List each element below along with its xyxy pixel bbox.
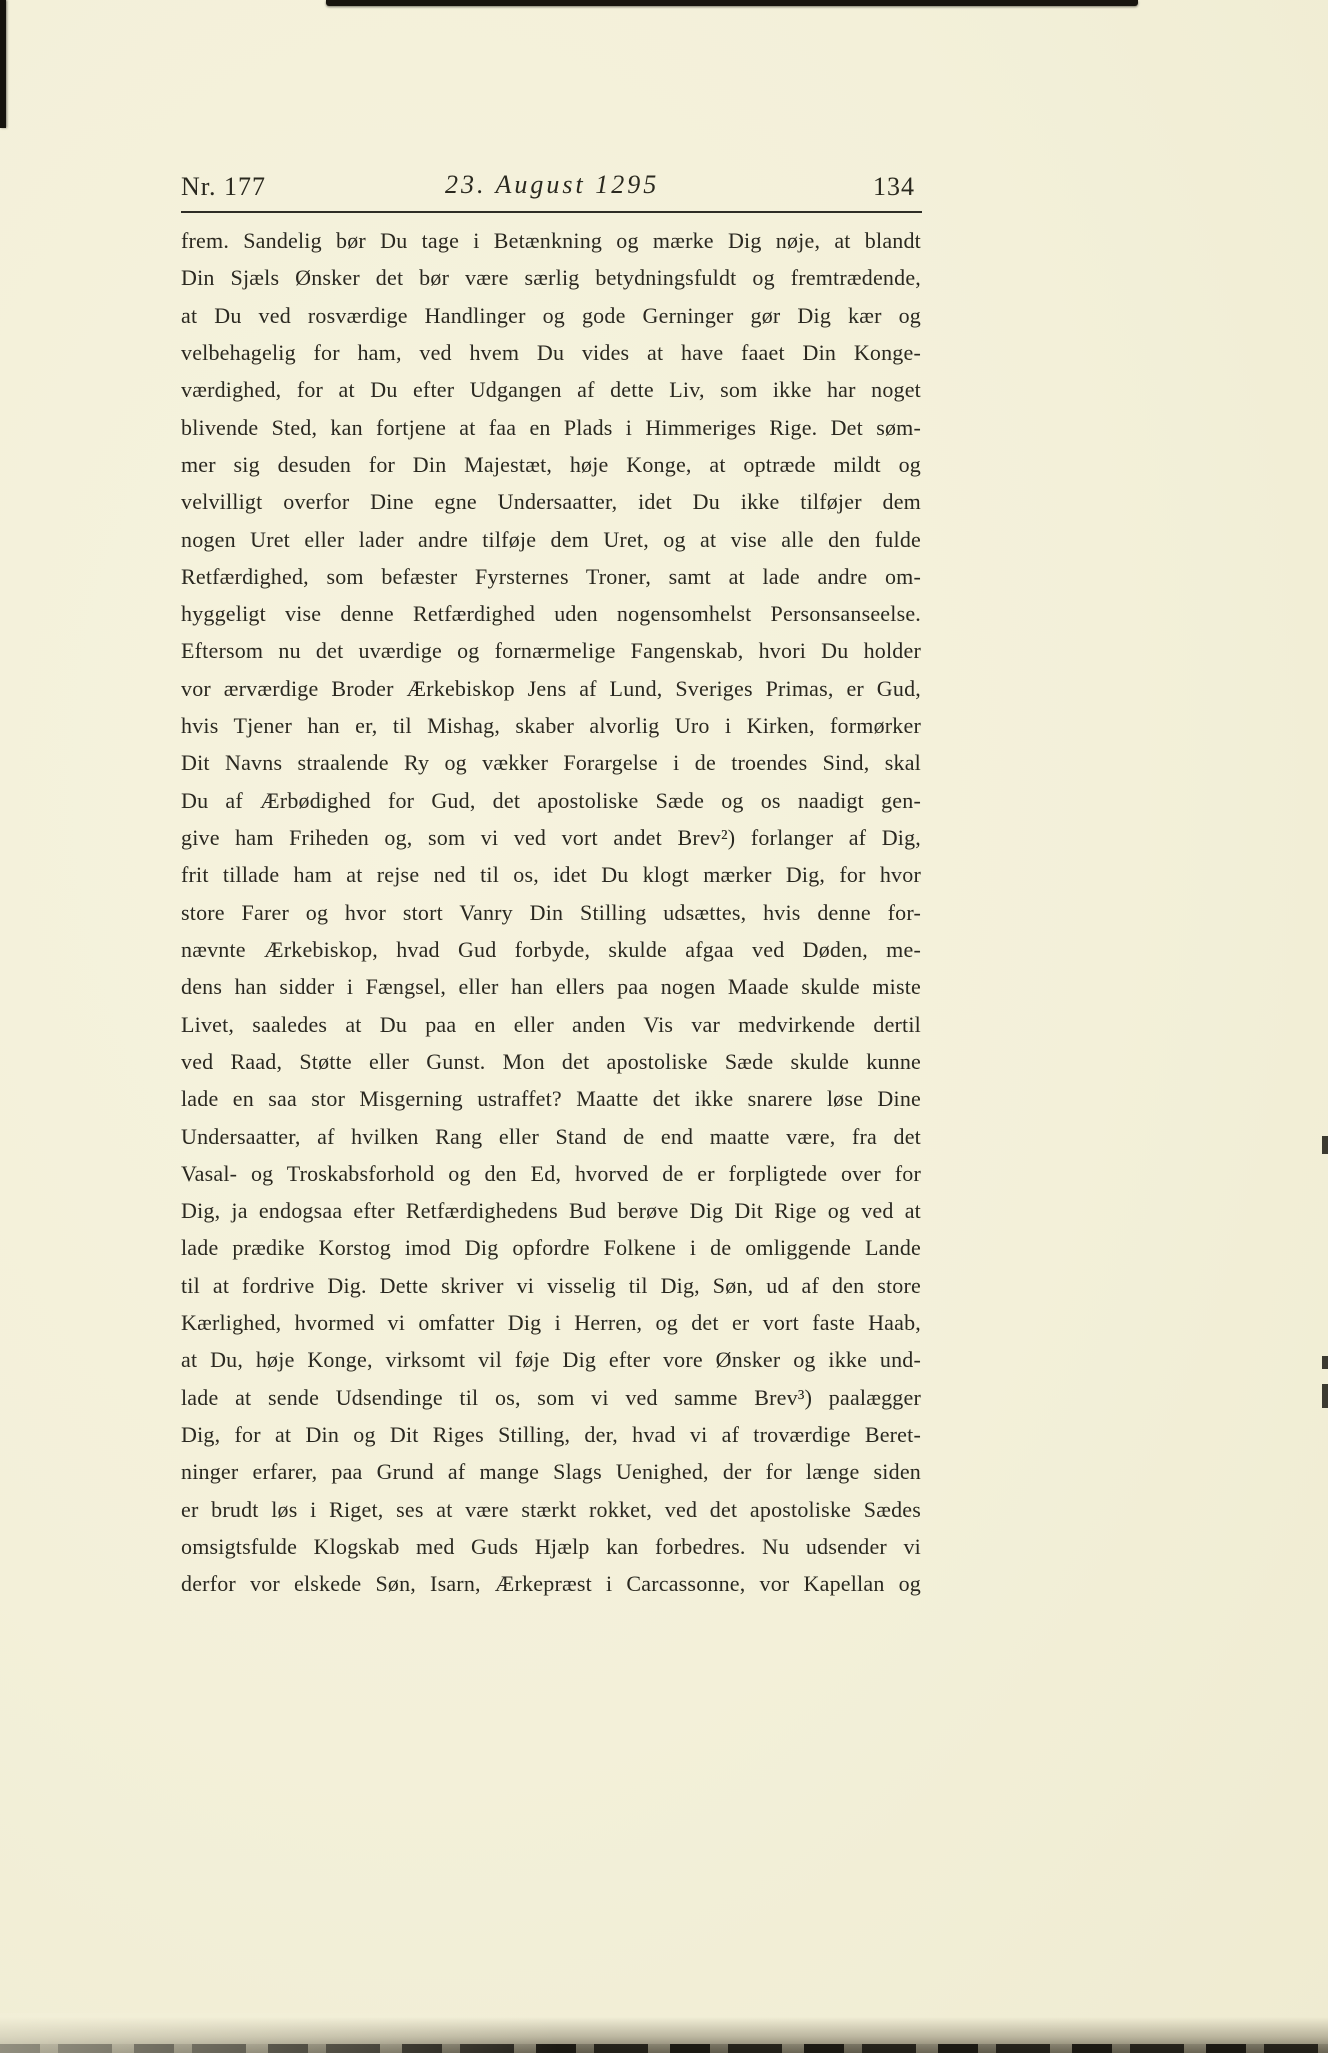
text-line: Din Sjæls Ønsker det bør være særlig bet…: [181, 259, 921, 296]
text-line: mer sig desuden for Din Majestæt, høje K…: [181, 446, 921, 483]
text-line: store Farer og hvor stort Vanry Din Stil…: [181, 894, 921, 931]
text-line: nævnte Ærkebiskop, hvad Gud forbyde, sku…: [181, 931, 921, 968]
text-line: velbehagelig for ham, ved hvem Du vides …: [181, 334, 921, 371]
text-line: vor ærværdige Broder Ærkebiskop Jens af …: [181, 670, 921, 707]
scan-artifact-right-tick: [1322, 1356, 1328, 1369]
text-line: omsigtsfulde Klogskab med Guds Hjælp kan…: [181, 1528, 921, 1565]
text-line: Eftersom nu det uværdige og fornærmelige…: [181, 632, 921, 669]
text-line: blivende Sted, kan fortjene at faa en Pl…: [181, 409, 921, 446]
page-number: 134: [873, 172, 915, 202]
scan-artifact-top-edge: [326, 0, 1138, 6]
text-line: ved Raad, Støtte eller Gunst. Mon det ap…: [181, 1043, 921, 1080]
text-line: at Du, høje Konge, virksomt vil føje Dig…: [181, 1341, 921, 1378]
header-rule: [181, 211, 922, 213]
text-line: velvilligt overfor Dine egne Undersaatte…: [181, 483, 921, 520]
text-line: at Du ved rosværdige Handlinger og gode …: [181, 297, 921, 334]
text-line: til at fordrive Dig. Dette skriver vi vi…: [181, 1267, 921, 1304]
text-line: lade en saa stor Misgerning ustraffet? M…: [181, 1080, 921, 1117]
text-line: nogen Uret eller lader andre tilføje dem…: [181, 521, 921, 558]
scan-artifact-bottom-shadow: [0, 2017, 1328, 2053]
text-line: ninger erfarer, paa Grund af mange Slags…: [181, 1453, 921, 1490]
scan-artifact-left-edge: [0, 0, 6, 128]
text-line: Dit Navns straalende Ry og vækker Forarg…: [181, 744, 921, 781]
body-text: frem. Sandelig bør Du tage i Betænkning …: [181, 222, 921, 1603]
scan-artifact-right-tick: [1322, 1384, 1328, 1408]
text-line: Dig, ja endogsaa efter Retfærdighedens B…: [181, 1192, 921, 1229]
text-line: er brudt løs i Riget, ses at være stærkt…: [181, 1491, 921, 1528]
document-date: 23. August 1295: [445, 170, 659, 200]
text-line: frit tillade ham at rejse ned til os, id…: [181, 856, 921, 893]
text-line: frem. Sandelig bør Du tage i Betænkning …: [181, 222, 921, 259]
text-line: lade at sende Udsendinge til os, som vi …: [181, 1379, 921, 1416]
document-number: Nr. 177: [181, 172, 266, 202]
text-line: Dig, for at Din og Dit Riges Stilling, d…: [181, 1416, 921, 1453]
scanned-page: Nr. 177 23. August 1295 134 frem. Sandel…: [0, 0, 1328, 2053]
text-line: hvis Tjener han er, til Mishag, skaber a…: [181, 707, 921, 744]
scan-artifact-right-tick: [1322, 1136, 1328, 1154]
text-line: hyggeligt vise denne Retfærdighed uden n…: [181, 595, 921, 632]
page-header: Nr. 177 23. August 1295 134: [181, 172, 921, 206]
text-line: dens han sidder i Fængsel, eller han ell…: [181, 968, 921, 1005]
text-line: lade prædike Korstog imod Dig opfordre F…: [181, 1229, 921, 1266]
text-line: værdighed, for at Du efter Udgangen af d…: [181, 371, 921, 408]
text-line: Du af Ærbødighed for Gud, det apostolisk…: [181, 782, 921, 819]
text-line: Retfærdighed, som befæster Fyrsternes Tr…: [181, 558, 921, 595]
text-line: Kærlighed, hvormed vi omfatter Dig i Her…: [181, 1304, 921, 1341]
scan-artifact-bottom-fade: [0, 2013, 558, 2053]
text-line: give ham Friheden og, som vi ved vort an…: [181, 819, 921, 856]
text-line: Undersaatter, af hvilken Rang eller Stan…: [181, 1118, 921, 1155]
text-line: derfor vor elskede Søn, Isarn, Ærkepræst…: [181, 1565, 921, 1602]
text-line: Livet, saaledes at Du paa en eller anden…: [181, 1006, 921, 1043]
text-line: Vasal- og Troskabsforhold og den Ed, hvo…: [181, 1155, 921, 1192]
